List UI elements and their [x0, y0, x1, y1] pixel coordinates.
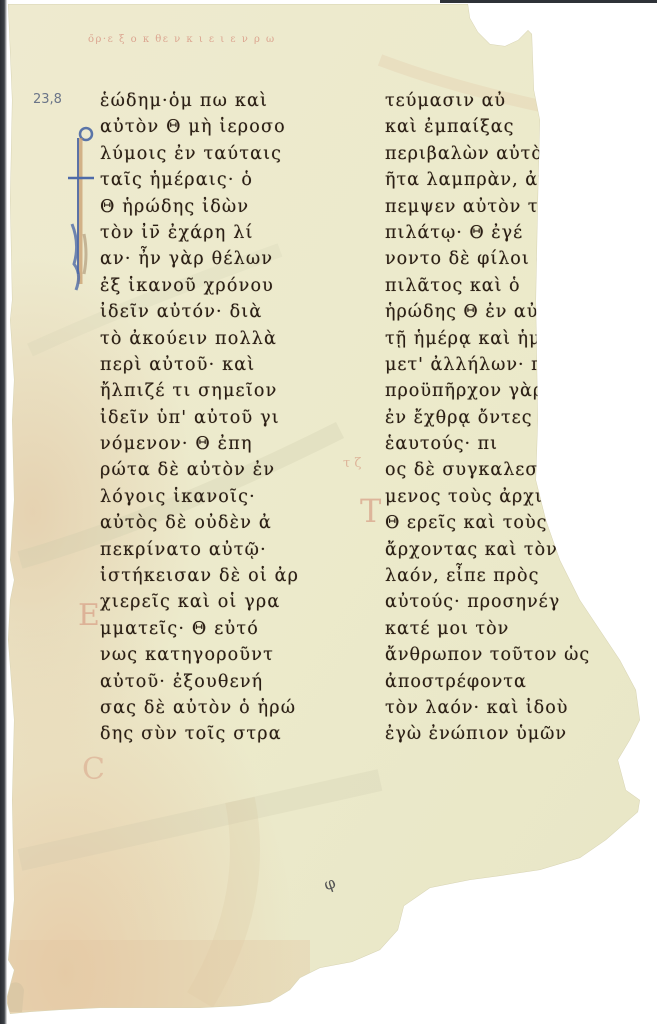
scanner-edge-top-overlay [440, 0, 657, 3]
header-rubric: ο̄ρ·ε ξ ο κ θε ν κ ι ε ι ε ν ρ ω [88, 34, 276, 45]
text-line: ἰδεῖν αὐτόν· διὰ [100, 299, 299, 325]
text-line: περιβαλὼν αὐτὸν ἐσθ [385, 141, 596, 167]
text-line: καὶ ἐμπαίξας [385, 114, 596, 140]
text-line: πιλᾶτος καὶ ὁ [385, 273, 596, 299]
manuscript-scan: ο̄ρ·ε ξ ο κ θε ν κ ι ε ι ε ν ρ ω 23,8 τ … [0, 0, 657, 1024]
text-line: ἡρώδης Θ ἐν αὐτῇ [385, 299, 596, 325]
text-column-left: ἑώδημ·ὁμ πω καὶ αὐτὸν Θ μὴ ἱερoσo λύμοις… [100, 88, 299, 748]
text-line: μματεῖς· Θ εὐτό [100, 616, 299, 642]
text-line: ἰδεῖν ὑπ' αὐτοῦ γι [100, 405, 299, 431]
text-line: ἀποστρέφοντα [385, 669, 596, 695]
text-line: Θ ἡρώδης ἰδὼν [100, 194, 299, 220]
text-line: ἱστήκεισαν δὲ οἱ ἀρ [100, 563, 299, 589]
scanner-edge-left-overlay [0, 0, 7, 1024]
rubric-initial-epsilon: Ε [78, 598, 100, 633]
text-line: λόγοις ἱκανοῖς· [100, 484, 299, 510]
text-line: περὶ αὐτοῦ· καὶ [100, 352, 299, 378]
text-line: πιλάτῳ· Θ ἐγέ [385, 220, 596, 246]
text-line: μετ' ἀλλήλων· π [385, 352, 596, 378]
text-line: λύμοις ἐν ταύταις [100, 141, 299, 167]
text-line: ἤλπιζέ τι σημεῖον [100, 378, 299, 404]
text-line: χιερεῖς καὶ οἱ γρα [100, 589, 299, 615]
text-line: τὸ ἀκούειν πολλὰ [100, 326, 299, 352]
text-line: ἄρχοντας καὶ τὸν [385, 537, 596, 563]
text-line: πεκρίνατο αὐτῷ· [100, 537, 299, 563]
text-line: κατέ μοι τὸν [385, 616, 596, 642]
text-line: αὐτὸν Θ μὴ ἱερoσo [100, 114, 299, 140]
text-line: πεμψεν αὐτὸν τῷ [385, 194, 596, 220]
text-line: προϋπῆρχον γὰρ ἐ [385, 378, 596, 404]
text-column-right: τεύμασιν αὐ καὶ ἐμπαίξας περιβαλὼν αὐτὸν… [385, 88, 596, 748]
text-line: λαόν, εἶπε πρὸς [385, 563, 596, 589]
text-line: ἐξ ἱκανοῦ χρόνου [100, 273, 299, 299]
text-line: νοντο δὲ φίλοι ὅ τε [385, 246, 596, 272]
text-line: αὐτὸς δὲ οὐδὲν ἀ [100, 510, 299, 536]
text-line: τὸν ἰν̄ ἐχάρη λί [100, 220, 299, 246]
text-line: τεύμασιν αὐ [385, 88, 596, 114]
text-line: τὸν λαόν· καὶ ἰδοὺ [385, 695, 596, 721]
text-line: αὐτοῦ· ἐξουθενή [100, 669, 299, 695]
marginal-ornament-icon [62, 124, 98, 294]
rubric-bleedthrough-small: τ ζ [343, 456, 361, 471]
text-line: ῆτα λαμπρὰν, ἀνέ [385, 167, 596, 193]
text-line: ος δὲ συγκαλεσά [385, 457, 596, 483]
text-line: ἄνθρωπον τοῦτον ὡς [385, 642, 596, 668]
text-line: αὐτούς· προσηνέγ [385, 589, 596, 615]
rubric-initial-tau: Τ [360, 492, 381, 530]
rubric-initial-sigma: C [82, 752, 105, 787]
text-line: νως κατηγοροῦντ [100, 642, 299, 668]
text-line: ἑαυτούς· πι [385, 431, 596, 457]
text-line: Θ ερεῖς καὶ τοὺς [385, 510, 596, 536]
text-line: τῇ ἡμέρᾳ καὶ ἡμέ [385, 326, 596, 352]
text-line: δης σὺν τοῖς στρα [100, 721, 299, 747]
text-line: ταῖς ἡμέραις· ὁ [100, 167, 299, 193]
folio-reference: 23,8 [33, 92, 62, 107]
text-line: ἐγὼ ἐνώπιον ὑμῶν [385, 721, 596, 747]
text-line: αν· ἦν γὰρ θέλων [100, 246, 299, 272]
text-line: μενος τοὺς ἀρχι [385, 484, 596, 510]
text-line: νόμενον· Θ ἐπη [100, 431, 299, 457]
text-line: ἐν ἔχθρᾳ ὄντες π [385, 405, 596, 431]
text-line: σας δὲ αὐτὸν ὁ ἡρώ [100, 695, 299, 721]
text-line: ἑώδημ·ὁμ πω καὶ [100, 88, 299, 114]
text-line: ρώτα δὲ αὐτὸν ἐν [100, 457, 299, 483]
